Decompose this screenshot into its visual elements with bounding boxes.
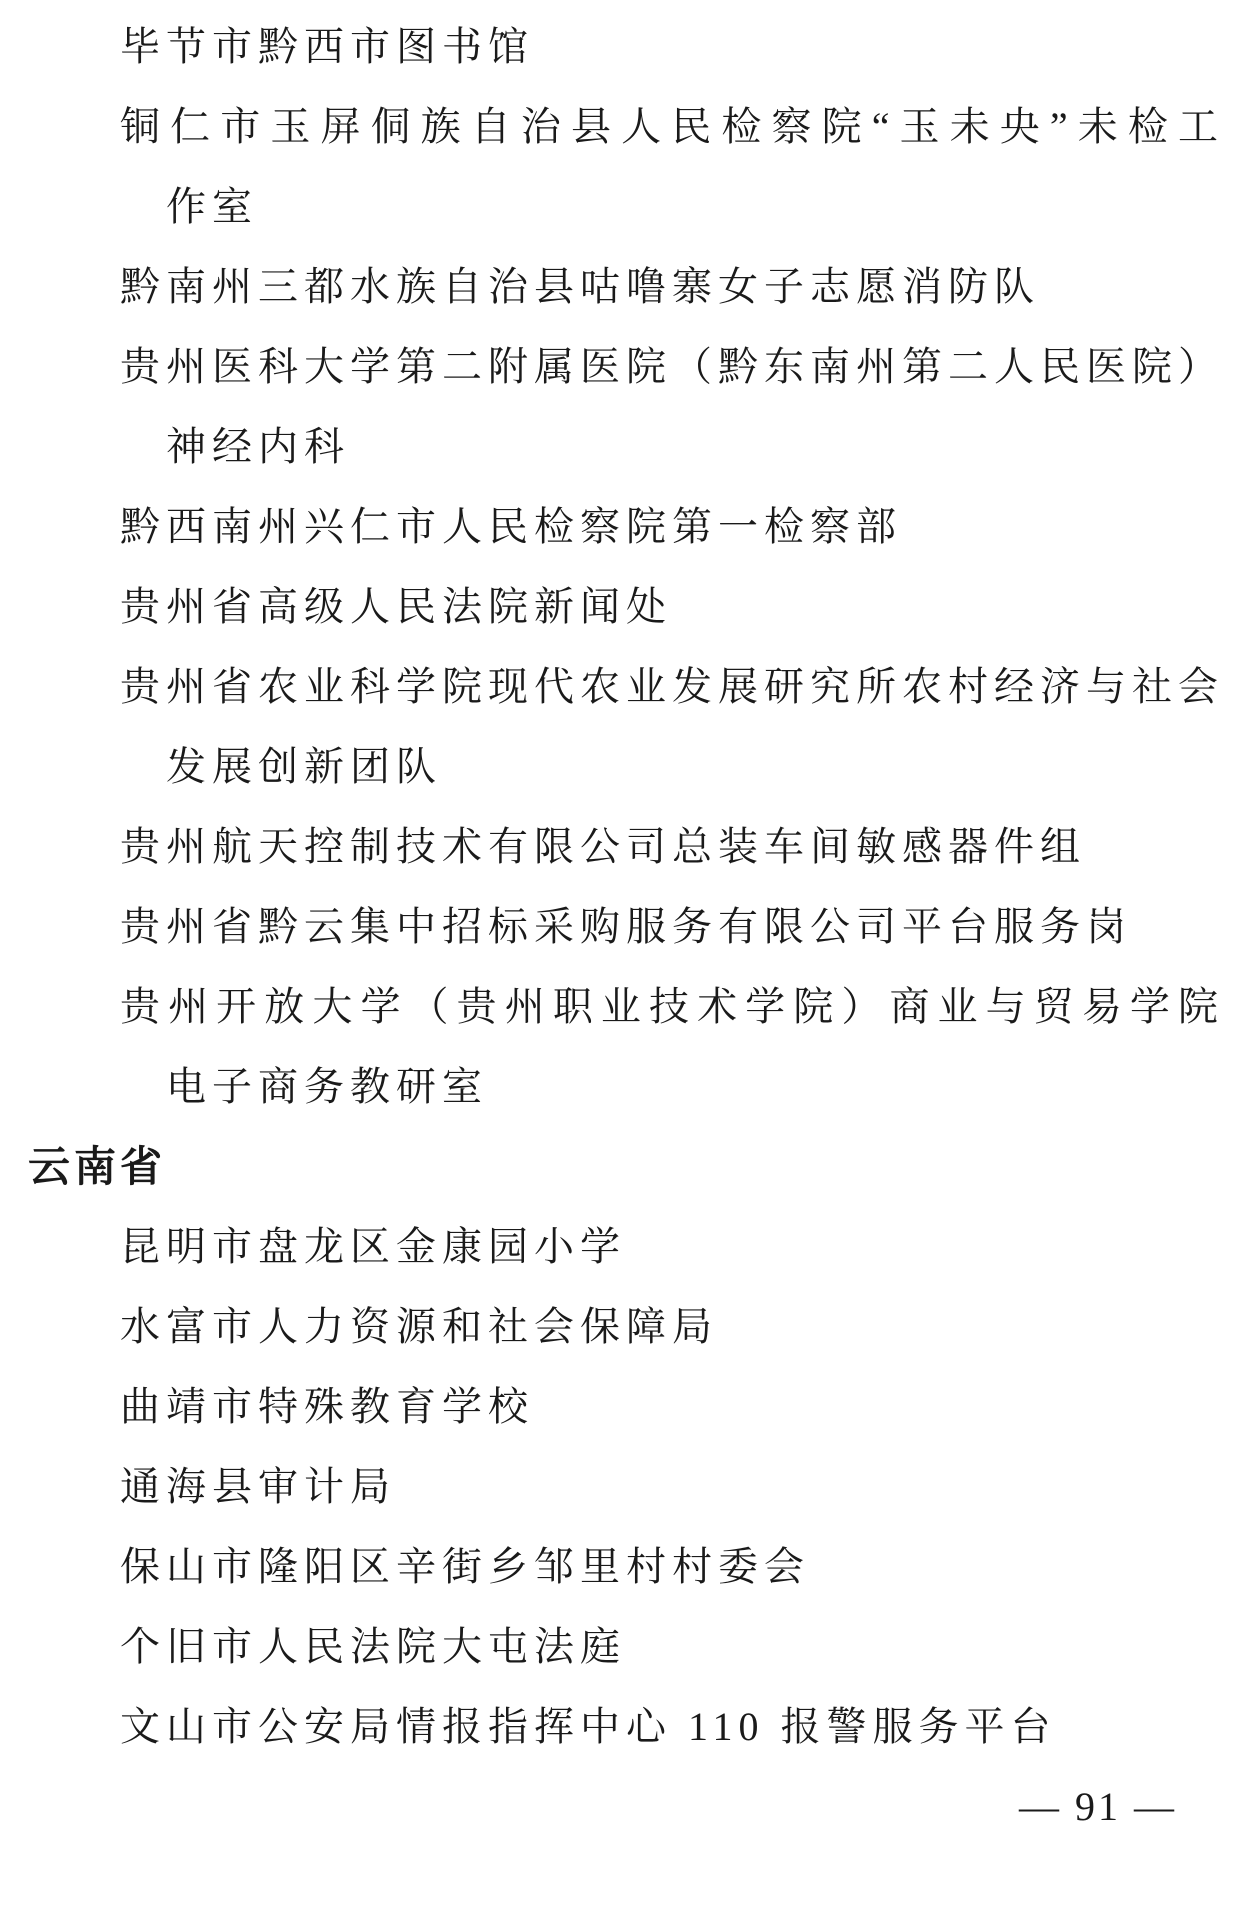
list-item-line: 电子商务教研室 (0, 1047, 1242, 1127)
list-item-line: 贵州医科大学第二附属医院（黔东南州第二人民医院） (0, 327, 1222, 407)
list-item-line: 水富市人力资源和社会保障局 (0, 1287, 1242, 1367)
document-body: 毕节市黔西市图书馆铜仁市玉屏侗族自治县人民检察院“玉未央”未检工作室黔南州三都水… (0, 7, 1242, 1847)
section-heading: 云南省 (0, 1127, 1242, 1207)
list-item-line: 神经内科 (0, 407, 1242, 487)
list-item-line: 个旧市人民法院大屯法庭 (0, 1607, 1242, 1687)
page-number: — 91 — (0, 1767, 1242, 1847)
list-item-line: 文山市公安局情报指挥中心 110 报警服务平台 (0, 1687, 1242, 1767)
list-item-line: 曲靖市特殊教育学校 (0, 1367, 1242, 1447)
list-item-line: 贵州省农业科学院现代农业发展研究所农村经济与社会 (0, 647, 1222, 727)
list-item-line: 发展创新团队 (0, 727, 1242, 807)
list-item-line: 贵州省黔云集中招标采购服务有限公司平台服务岗 (0, 887, 1242, 967)
list-item-line: 作室 (0, 167, 1242, 247)
list-item-line: 毕节市黔西市图书馆 (0, 7, 1242, 87)
document-page: { "page": { "background": "#ffffff", "te… (0, 0, 1242, 1921)
list-item-line: 贵州航天控制技术有限公司总装车间敏感器件组 (0, 807, 1242, 887)
list-item-line: 铜仁市玉屏侗族自治县人民检察院“玉未央”未检工 (0, 87, 1222, 167)
list-item-line: 贵州开放大学（贵州职业技术学院）商业与贸易学院 (0, 967, 1222, 1047)
list-item-line: 保山市隆阳区辛街乡邹里村村委会 (0, 1527, 1242, 1607)
list-item-line: 通海县审计局 (0, 1447, 1242, 1527)
list-item-line: 黔西南州兴仁市人民检察院第一检察部 (0, 487, 1242, 567)
list-item-line: 贵州省高级人民法院新闻处 (0, 567, 1242, 647)
list-item-line: 黔南州三都水族自治县咕噜寨女子志愿消防队 (0, 247, 1242, 327)
list-item-line: 昆明市盘龙区金康园小学 (0, 1207, 1242, 1287)
